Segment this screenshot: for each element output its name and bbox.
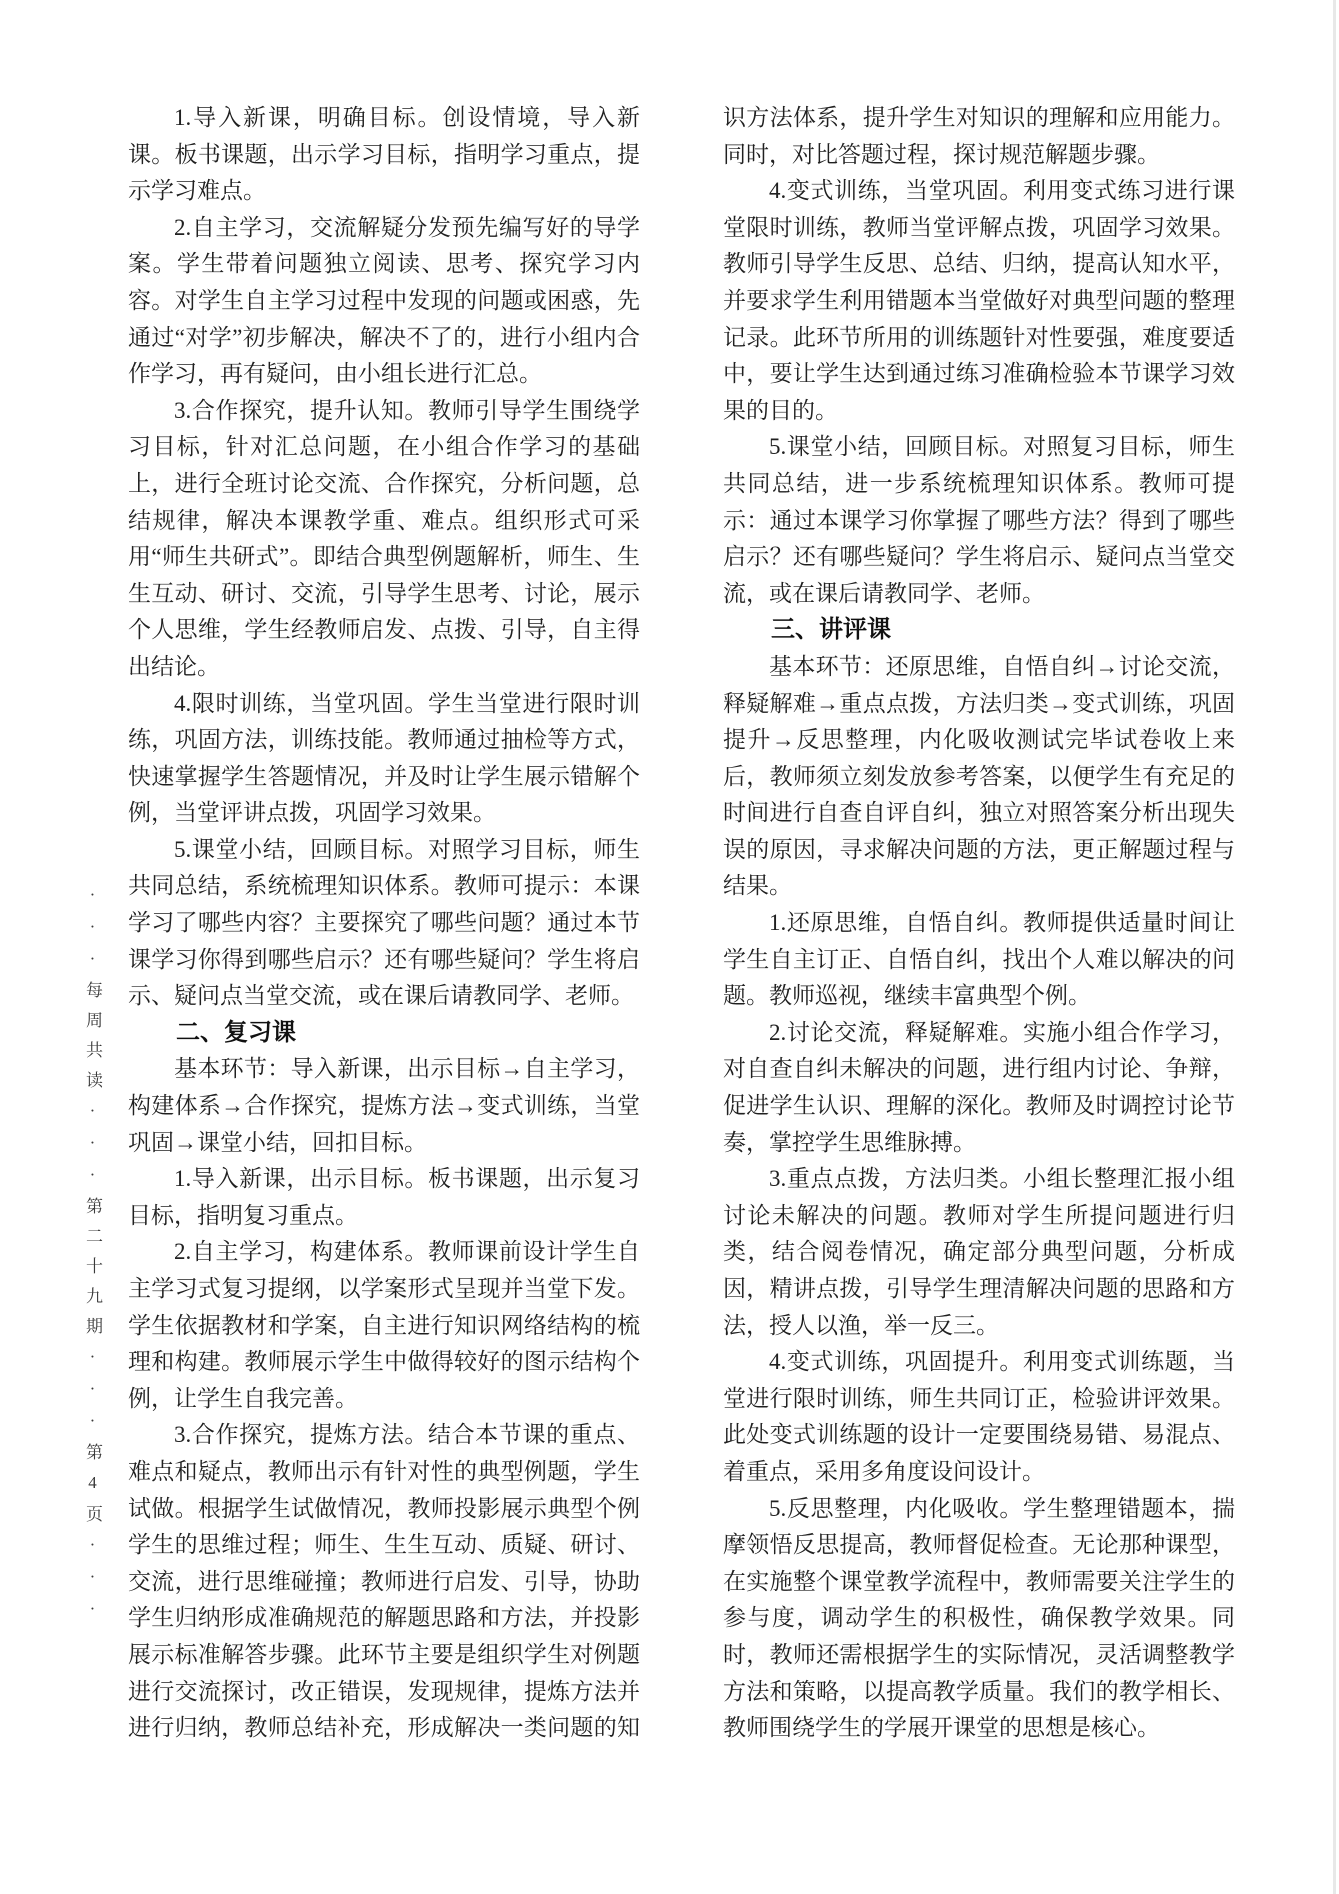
section-heading-comment-lesson: 三、讲评课	[723, 612, 1235, 649]
scan-edge-artifact	[1333, 0, 1336, 1894]
paragraph: 5.课堂小结，回顾目标。对照学习目标，师生共同总结，系统梳理知识体系。教师可提示…	[128, 832, 640, 1015]
section-heading-review-lesson: 二、复习课	[128, 1015, 640, 1052]
paragraph: 2.自主学习，构建体系。教师课前设计学生自主学习式复习提纲，以学案形式呈现并当堂…	[128, 1234, 640, 1417]
paragraph: 基本环节：导入新课，出示目标→自主学习，构建体系→合作探究，提炼方法→变式训练，…	[128, 1051, 640, 1161]
article-two-column: 1.导入新课，明确目标。创设情境，导入新课。板书课题，出示学习目标，指明学习重点…	[128, 100, 1235, 1755]
paragraph: 4.变式训练，当堂巩固。利用变式练习进行课堂限时训练，教师当堂评解点拨，巩固学习…	[723, 173, 1235, 429]
paragraph: 1.导入新课，明确目标。创设情境，导入新课。板书课题，出示学习目标，指明学习重点…	[128, 100, 640, 210]
paragraph: 1.导入新课，出示目标。板书课题，出示复习目标，指明复习重点。	[128, 1161, 640, 1234]
paragraph: 1.还原思维，自悟自纠。教师提供适量时间让学生自主订正、自悟自纠，找出个人难以解…	[723, 905, 1235, 1015]
paragraph: 5.课堂小结，回顾目标。对照复习目标，师生共同总结，进一步系统梳理知识体系。教师…	[723, 429, 1235, 612]
paragraph: 4.限时训练，当堂巩固。学生当堂进行限时训练，巩固方法，训练技能。教师通过抽检等…	[128, 686, 640, 832]
paragraph: 2.讨论交流，释疑解难。实施小组合作学习，对自查自纠未解决的问题，进行组内讨论、…	[723, 1015, 1235, 1161]
document-page: ···每周共读···第二十九期···第4页··· 1.导入新课，明确目标。创设情…	[0, 0, 1339, 1894]
paragraph: 5.反思整理，内化吸收。学生整理错题本，揣摩领悟反思提高，教师督促检查。无论那种…	[723, 1491, 1235, 1747]
margin-note-vertical: ···每周共读···第二十九期···第4页···	[80, 885, 105, 1645]
paragraph: 基本环节：还原思维，自悟自纠→讨论交流，释疑解难→重点点拨，方法归类→变式训练，…	[723, 649, 1235, 905]
paragraph: 2.自主学习，交流解疑分发预先编写好的导学案。学生带着问题独立阅读、思考、探究学…	[128, 210, 640, 393]
paragraph: 3.重点点拨，方法归类。小组长整理汇报小组讨论未解决的问题。教师对学生所提问题进…	[723, 1161, 1235, 1344]
paragraph: 3.合作探究，提升认知。教师引导学生围绕学习目标，针对汇总问题，在小组合作学习的…	[128, 393, 640, 686]
paragraph: 4.变式训练，巩固提升。利用变式训练题，当堂进行限时训练，师生共同订正，检验讲评…	[723, 1344, 1235, 1490]
